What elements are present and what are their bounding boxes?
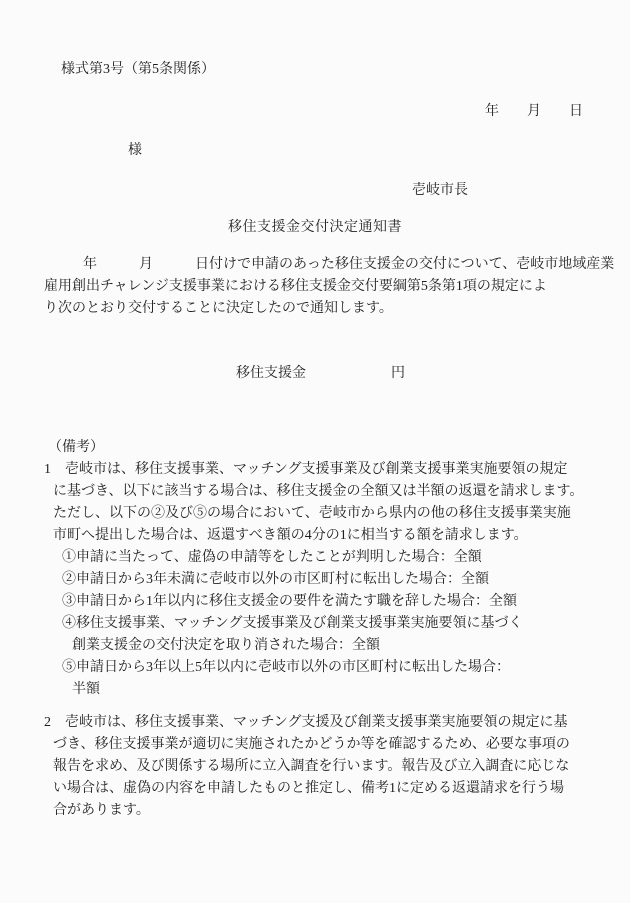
- item2-text: 壱岐市は、移住支援事業、マッチング支援及び創業支援事業実施要領の規定に基: [65, 715, 567, 730]
- amount-line: 移住支援金円: [44, 341, 630, 407]
- remarks-item-1: 1壱岐市は、移住支援事業、マッチング支援事業及び創業支援事業実施要領の規定 に基…: [44, 459, 630, 701]
- item1-line-1: 1壱岐市は、移住支援事業、マッチング支援事業及び創業支援事業実施要領の規定: [44, 459, 630, 481]
- document-title: 移住支援金交付決定通知書: [44, 217, 586, 239]
- intro-paragraph: 年 月 日付けで申請のあった移住支援金の交付について、壱岐市地域産業 雇用創出チ…: [44, 254, 630, 320]
- item1-sub-2: ②申請日から3年未満に壱岐市以外の市区町村に転出した場合：全額: [62, 569, 630, 591]
- item2-line-2: づき、移住支援事業が適切に実施されたかどうか等を確認するため、必要な事項の: [53, 734, 630, 756]
- item2-line-3: 報告を求め、及び関係する場所に立入調査を行います。報告及び立入調査に応じな: [53, 756, 630, 778]
- item1-sub-4: ④移住支援事業、マッチング支援事業及び創業支援事業実施要領に基づく: [62, 613, 630, 635]
- item1-sub-5: ⑤申請日から3年以上5年以内に壱岐市以外の市区町村に転出した場合：: [62, 657, 630, 679]
- item1-sub-3: ③申請日から1年以内に移住支援金の要件を満たす職を辞した場合：全額: [62, 591, 630, 613]
- addressee-honorific: 様: [128, 140, 630, 162]
- item1-sub-4-cont: 創業支援金の交付決定を取り消された場合：全額: [72, 635, 630, 657]
- remarks-item-2: 2壱岐市は、移住支援事業、マッチング支援及び創業支援事業実施要領の規定に基 づき…: [44, 712, 630, 822]
- sender-name: 壱岐市長: [412, 180, 630, 202]
- amount-label: 移住支援金: [236, 366, 306, 381]
- item1-line-3: ただし、以下の②及び⑤の場合において、壱岐市から県内の他の移住支援事業実施: [53, 503, 630, 525]
- item1-sub-5-cont: 半額: [72, 679, 630, 701]
- intro-line-3: り次のとおり交付することに決定したので通知します。: [44, 298, 630, 320]
- item1-number: 1: [44, 459, 65, 481]
- item1-sub-1: ①申請に当たって、虚偽の申請等をしたことが判明した場合：全額: [62, 547, 630, 569]
- document-page: 様式第3号（第5条関係） 年 月 日 様 壱岐市長 移住支援金交付決定通知書 年…: [0, 0, 630, 903]
- remarks-heading: （備考）: [48, 437, 630, 459]
- amount-unit: 円: [391, 366, 405, 381]
- date-blank-line: 年 月 日: [44, 101, 630, 123]
- intro-line-2: 雇用創出チャレンジ支援事業における移住支援金交付要綱第5条第1項の規定によ: [44, 276, 630, 298]
- item1-line-4: 市町へ提出した場合は、返還すべき額の4分の1に相当する額を請求します。: [53, 525, 630, 547]
- form-number: 様式第3号（第5条関係）: [61, 59, 630, 81]
- item1-text: 壱岐市は、移住支援事業、マッチング支援事業及び創業支援事業実施要領の規定: [65, 462, 567, 477]
- item1-line-2: に基づき、以下に該当する場合は、移住支援金の全額又は半額の返還を請求します。: [53, 481, 630, 503]
- item2-number: 2: [44, 712, 65, 734]
- item2-line-4: い場合は、虚偽の内容を申請したものと推定し、備考1に定める返還請求を行う場: [53, 778, 630, 800]
- intro-line-1: 年 月 日付けで申請のあった移住支援金の交付について、壱岐市地域産業: [44, 254, 630, 276]
- item2-line-5: 合があります。: [53, 800, 630, 822]
- item2-line-1: 2壱岐市は、移住支援事業、マッチング支援及び創業支援事業実施要領の規定に基: [44, 712, 630, 734]
